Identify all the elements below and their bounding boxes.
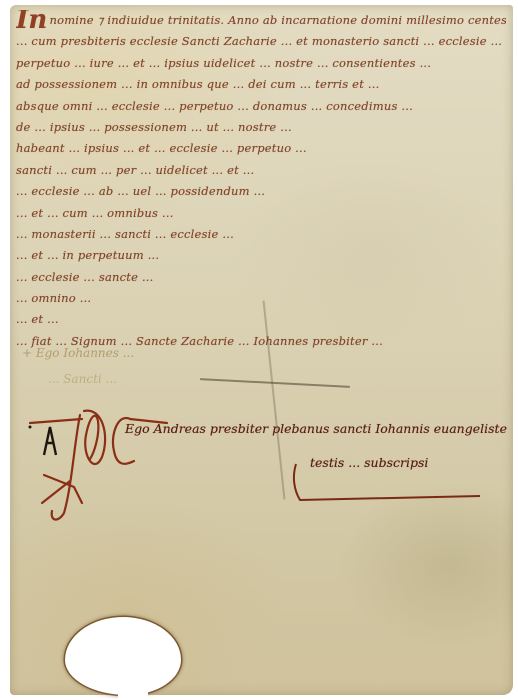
charter-line-13: ... ecclesie ... sancte ... bbox=[16, 267, 506, 288]
charter-line-9: ... ecclesie ... ab ... uel ... possiden… bbox=[16, 181, 506, 202]
witness-line-1: + Ego Iohannes ... bbox=[22, 346, 134, 360]
charter-line-1: Innomine ⁊ indiuidue trinitatis. Anno ab… bbox=[16, 10, 506, 31]
charter-line-15: ... et ... bbox=[16, 309, 506, 330]
charter-line-11: ... monasterii ... sancti ... ecclesie .… bbox=[16, 224, 506, 245]
charter-line-7: habeant ... ipsius ... et ... ecclesie .… bbox=[16, 138, 506, 159]
charter-line-3: perpetuo ... iure ... et ... ipsius uide… bbox=[16, 53, 506, 74]
charter-line-12: ... et ... in perpetuum ... bbox=[16, 245, 506, 266]
charter-line-6: de ... ipsius ... possessionem ... ut ..… bbox=[16, 117, 506, 138]
decorated-initial: In bbox=[16, 10, 47, 31]
subscription-flourish-icon bbox=[290, 462, 490, 507]
charter-line-2: ... cum presbiteris ecclesie Sancti Zach… bbox=[16, 31, 506, 52]
charter-body-text: Innomine ⁊ indiuidue trinitatis. Anno ab… bbox=[16, 10, 506, 352]
charter-line-5: absque omni ... ecclesie ... perpetuo ..… bbox=[16, 96, 506, 117]
charter-line-4: ad possessionem ... in omnibus que ... d… bbox=[16, 74, 506, 95]
charter-line-10: ... et ... cum ... omnibus ... bbox=[16, 203, 506, 224]
seal-hole-notch bbox=[118, 682, 148, 700]
witness-line-2: ... Sancti ... bbox=[48, 372, 117, 386]
charter-line-8: sancti ... cum ... per ... uidelicet ...… bbox=[16, 160, 506, 181]
charter-line-14: ... omnino ... bbox=[16, 288, 506, 309]
subscription-line-1: Ego Andreas presbiter plebanus sancti Io… bbox=[125, 421, 507, 436]
